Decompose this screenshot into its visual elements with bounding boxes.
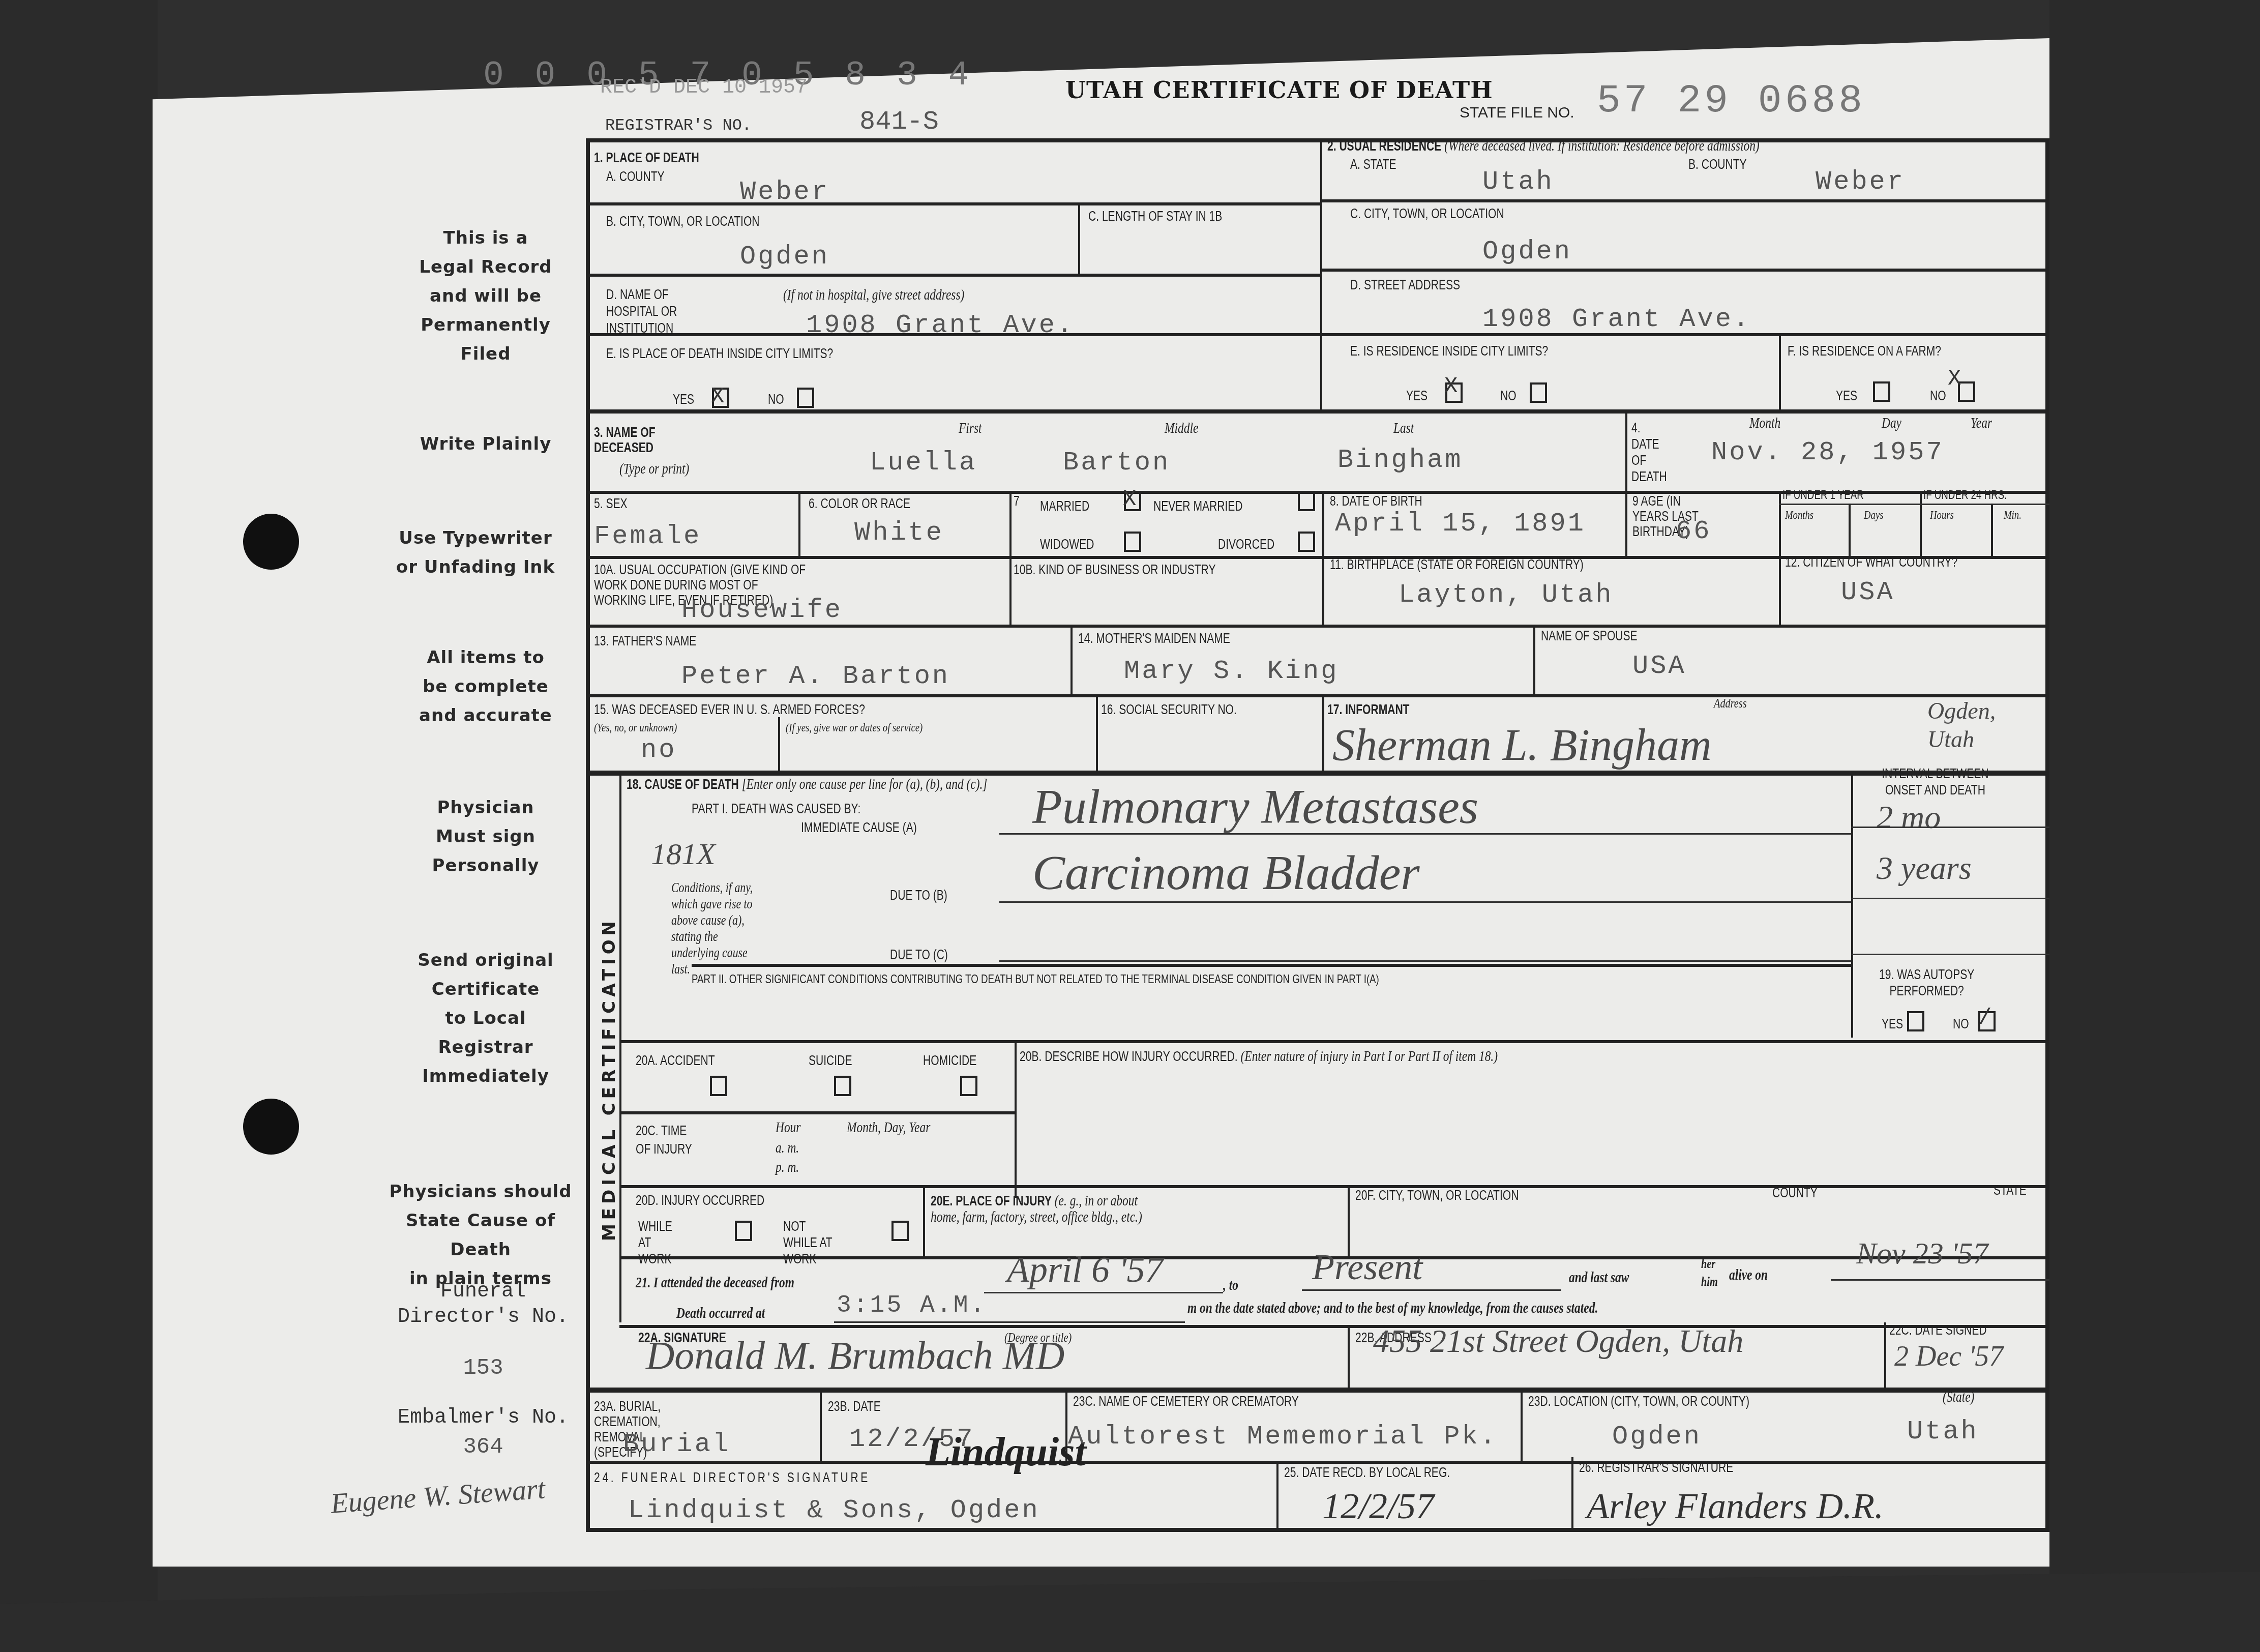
dob-value: April 15, 1891 (1335, 509, 1586, 539)
divider (619, 1040, 2049, 1043)
part1-label: PART I. DEATH WAS CAUSED BY: (692, 801, 860, 817)
attended-to-line (1302, 1289, 1561, 1291)
background-right (2049, 0, 2260, 1652)
location-value: Ogden (1612, 1422, 1702, 1452)
immediate-cause-value: Pulmonary Metastases (1032, 778, 1478, 835)
punch-hole-top (243, 514, 299, 570)
res-yes-label: YES (1406, 388, 1428, 404)
divider (1320, 269, 2049, 272)
hospital-label: d. NAME OF HOSPITAL OR INSTITUTION (606, 286, 677, 337)
embalmers-no: 364 (371, 1434, 595, 1460)
divider (1779, 504, 2049, 505)
father-label: 13. FATHER'S NAME (594, 633, 696, 649)
never-married-label: NEVER MARRIED (1153, 498, 1243, 514)
divider (1571, 1457, 1573, 1531)
divider (619, 1185, 2049, 1188)
res-farm-label: f. IS RESIDENCE ON A FARM? (1788, 343, 1941, 359)
location-state-label: (State) (1943, 1389, 1974, 1406)
him-label: him (1701, 1274, 1718, 1289)
ssn-label: 16. SOCIAL SECURITY NO. (1101, 702, 1237, 718)
divider (820, 1391, 822, 1462)
last-saw-label: and last saw (1569, 1269, 1629, 1286)
divider (586, 202, 1322, 205)
check-mark-icon: X (1123, 489, 1136, 510)
to-label: , to (1223, 1277, 1238, 1294)
mother-label: 14. MOTHER'S MAIDEN NAME (1078, 631, 1230, 646)
cause-b-line (999, 901, 1851, 903)
informant-signature: Sherman L. Bingham (1332, 720, 1712, 771)
divider (1920, 491, 1922, 557)
marital-number: 7 (1014, 493, 1020, 509)
autopsy-yes-checkbox[interactable] (1907, 1011, 1924, 1031)
divider (619, 1111, 1016, 1114)
attended-from-line (984, 1292, 1223, 1293)
hours-label: Hours (1930, 509, 1954, 522)
divider (586, 694, 2049, 697)
interval-b-value: 3 years (1877, 849, 1972, 887)
divider (586, 409, 2049, 414)
last-name-value: Bingham (1337, 445, 1463, 475)
death-time-line (834, 1321, 1185, 1323)
armed-forces-label: 15. WAS DECEASED EVER IN U. S. ARMED FOR… (594, 702, 865, 718)
attended-label: 21. I attended the deceased from (636, 1274, 794, 1291)
divider (1348, 1325, 1350, 1389)
funeral-director-label: 24. FUNERAL DIRECTOR'S SIGNATURE (594, 1470, 870, 1486)
year-label: Year (1971, 415, 1992, 432)
accident-checkbox[interactable] (710, 1076, 727, 1096)
race-label: 6. COLOR OR RACE (809, 496, 910, 512)
autopsy-no-label: NO (1953, 1016, 1969, 1032)
residence-heading: 2. USUAL RESIDENCE (Where deceased lived… (1327, 137, 1760, 155)
under-24-label: IF UNDER 24 HRS. (1923, 488, 2007, 503)
death-statement: m on the date stated above; and to the b… (1187, 1300, 1598, 1317)
due-to-b-label: DUE TO (b) (890, 888, 947, 903)
pod-city-label: b. CITY, TOWN, OR LOCATION (606, 214, 760, 229)
check-mark-icon: X (1444, 376, 1458, 397)
last-saw-value: Nov 23 '57 (1856, 1236, 1988, 1271)
injury-state-label: STATE (1994, 1183, 2027, 1198)
cemetery-label: 23c. NAME OF CEMETERY OR CREMATORY (1073, 1394, 1299, 1409)
location-state-value: Utah (1907, 1417, 1979, 1447)
cause-c-line (999, 960, 1851, 962)
accident-label: 20a. ACCIDENT (636, 1053, 715, 1069)
divider (1851, 773, 1853, 1038)
due-to-c-label: DUE TO (c) (890, 947, 948, 963)
divider (1779, 333, 1781, 409)
res-inside-city-label: e. IS RESIDENCE INSIDE CITY LIMITS? (1350, 343, 1548, 359)
divider (619, 1325, 2049, 1328)
suicide-checkbox[interactable] (834, 1076, 851, 1096)
business-label: 10b. KIND OF BUSINESS OR INDUSTRY (1014, 562, 1216, 578)
middle-name-label: Middle (1165, 420, 1198, 437)
her-label: her (1701, 1256, 1715, 1272)
divider (586, 1388, 2049, 1393)
page-title: UTAH CERTIFICATE OF DEATH (1065, 76, 1493, 104)
divider (586, 333, 2049, 336)
res-no-label: NO (1500, 388, 1516, 404)
divider (586, 274, 1322, 277)
divider (1276, 1461, 1278, 1532)
registrar-sig-label: 26. REGISTRAR'S SIGNATURE (1579, 1460, 1733, 1476)
homicide-label: HOMICIDE (923, 1053, 976, 1069)
divider (1320, 199, 2049, 202)
citizen-value: USA (1841, 577, 1895, 607)
res-state-value: Utah (1482, 167, 1554, 197)
divider (619, 773, 621, 1322)
interval-a-value: 2 mo (1877, 799, 1941, 836)
age-value: 66 (1676, 516, 1711, 546)
immediate-cause-label: IMMEDIATE CAUSE (a) (801, 820, 917, 836)
married-label: MARRIED (1040, 498, 1089, 514)
spouse-label: NAME OF SPOUSE (1541, 628, 1638, 644)
place-of-injury-label: 20e. PLACE OF INJURY (e. g., in or about… (931, 1193, 1153, 1225)
death-occurred-label: Death occurred at (676, 1305, 765, 1322)
res-state-label: a. STATE (1350, 157, 1396, 172)
conditions-note: Conditions, if any, which gave rise to a… (671, 880, 759, 978)
check-mark-icon: X (711, 387, 724, 407)
burial-date-label: 23b. DATE (828, 1399, 881, 1414)
divider (798, 491, 800, 557)
days-label: Days (1864, 509, 1883, 522)
background-left (0, 0, 158, 1652)
res-city-label: c. CITY, TOWN, OR LOCATION (1350, 206, 1504, 222)
divider (1884, 1322, 1886, 1389)
punch-hole-bottom (243, 1099, 299, 1155)
injury-county-label: COUNTY (1772, 1185, 1818, 1201)
cemetery-value: Aultorest Mememorial Pk. (1068, 1422, 1498, 1452)
pod-county-value: Weber (740, 177, 829, 207)
informant-address-label: Address (1714, 696, 1747, 711)
never-married-checkbox[interactable] (1298, 491, 1315, 511)
sex-value: Female (594, 521, 701, 551)
father-value: Peter A. Barton (681, 661, 950, 691)
pod-inside-city-label: e. IS PLACE OF DEATH INSIDE CITY LIMITS? (606, 346, 833, 362)
divorced-label: DIVORCED (1218, 537, 1274, 552)
res-county-label: b. COUNTY (1688, 157, 1747, 172)
not-while-at-work-label: NOT WHILE AT WORK (783, 1218, 839, 1267)
attended-from-value: April 6 '57 (1007, 1249, 1163, 1291)
dob-label: 8. DATE OF BIRTH (1330, 493, 1422, 509)
hospital-note: (If not in hospital, give street address… (783, 286, 964, 304)
alive-on-label: alive on (1729, 1266, 1768, 1284)
location-label: 23d. LOCATION (City, town, or county) (1528, 1394, 1749, 1409)
day-label: Day (1882, 415, 1901, 432)
divider (586, 1461, 2049, 1464)
res-inside-city-no-checkbox[interactable] (1530, 382, 1547, 403)
time-of-injury-label: 20c. TIME OF INJURY (636, 1122, 695, 1158)
burial-value: Burial (623, 1429, 730, 1459)
sidebar-note-legal-record: This is a Legal Record and will be Perma… (402, 224, 570, 369)
sidebar-note-plain-terms: Physicians should State Cause of Death i… (386, 1177, 575, 1293)
suicide-label: SUICIDE (809, 1053, 852, 1069)
spouse-value: USA (1632, 651, 1686, 681)
not-while-at-work-checkbox[interactable] (891, 1221, 909, 1241)
am-label: a. m. (776, 1139, 799, 1157)
hour-label: Hour (776, 1119, 800, 1136)
divider (1015, 1040, 1017, 1198)
received-stamp: REC'D DEC 10 1957 (600, 76, 808, 99)
informant-address-value: Ogden, Utah (1927, 697, 2029, 754)
divider (1533, 625, 1535, 696)
divider (1849, 504, 1851, 557)
sidebar-note-write-plainly: Write Plainly (402, 430, 570, 459)
last-name-label: Last (1393, 420, 1414, 437)
length-of-stay-label: c. LENGTH OF STAY IN 1b (1088, 209, 1222, 224)
armed-forces-value: no (641, 735, 676, 765)
pod-county-label: a. COUNTY (606, 169, 665, 185)
res-street-value: 1908 Grant Ave. (1482, 304, 1751, 334)
state-file-no-label: STATE FILE NO. (1460, 104, 1574, 122)
informant-label: 17. INFORMANT (1327, 702, 1409, 718)
injury-desc-label: 20b. DESCRIBE HOW INJURY OCCURRED. (Ente… (1020, 1048, 1498, 1065)
divider (1322, 694, 1324, 773)
birthplace-label: 11. BIRTHPLACE (State or foreign country… (1330, 557, 1584, 573)
month-label: Month (1749, 415, 1780, 432)
divider (1521, 1389, 1523, 1462)
death-time-value: 3:15 A.M. (837, 1292, 987, 1319)
occupation-value: Housewife (681, 595, 843, 625)
sidebar-note-send-original: Send original Certificate to Local Regis… (402, 946, 570, 1091)
divider (586, 771, 2049, 776)
res-street-label: d. STREET ADDRESS (1350, 277, 1460, 293)
autopsy-yes-label: YES (1882, 1016, 1903, 1032)
funeral-director-no-label: Funeral Director's No. (371, 1279, 595, 1330)
widowed-label: WIDOWED (1040, 537, 1094, 552)
mother-value: Mary S. King (1124, 656, 1339, 686)
divider (778, 717, 780, 773)
birthplace-value: Layton, Utah (1399, 580, 1613, 610)
while-at-work-label: WHILE AT WORK (638, 1218, 682, 1267)
date-signed-label: 22c. DATE SIGNED (1889, 1322, 1987, 1338)
name-note: (Type or print) (619, 460, 689, 478)
divider (1625, 409, 1627, 493)
registrars-no: 841-S (859, 107, 939, 137)
divider (923, 1185, 925, 1259)
funeral-director-no: 153 (371, 1355, 595, 1381)
res-county-value: Weber (1816, 167, 1905, 197)
months-label: Months (1785, 509, 1813, 522)
divider (692, 964, 1851, 967)
first-name-value: Luella (870, 448, 977, 478)
check-mark-icon: X (1948, 369, 1961, 389)
divider (1070, 625, 1073, 696)
hospital-value: 1908 Grant Ave. (806, 310, 1075, 340)
registrars-no-label: REGISTRAR'S NO. (605, 116, 752, 135)
medical-certification-label: MEDICAL CERTIFICATION (599, 917, 619, 1241)
while-at-work-checkbox[interactable] (735, 1221, 752, 1241)
injury-occurred-label: 20d. INJURY OCCURRED (636, 1193, 764, 1208)
physician-signature: Donald M. Brumbach MD (646, 1333, 1064, 1378)
divider (1625, 491, 1627, 557)
sidebar-note-physician-sign: Physician Must sign Personally (402, 793, 570, 880)
first-name-label: First (959, 420, 982, 437)
divider (1991, 504, 1993, 557)
funeral-director-value: Lindquist & Sons, Ogden (628, 1495, 1040, 1525)
embalmers-no-label: Embalmer's No. (371, 1406, 595, 1429)
registrar-signature: Arley Flanders D.R. (1587, 1485, 1884, 1527)
sex-label: 5. SEX (594, 496, 628, 512)
pod-city-value: Ogden (740, 242, 829, 272)
funeral-director-signature: Lindquist (926, 1429, 1086, 1476)
pod-yes-label: YES (673, 392, 694, 407)
middle-name-value: Barton (1063, 448, 1170, 478)
check-mark-icon: / (1978, 1008, 1991, 1028)
divorced-checkbox[interactable] (1298, 532, 1315, 552)
farm-no-label: NO (1930, 388, 1946, 404)
date-of-death-label: 4. DATE OF DEATH (1631, 420, 1667, 485)
pod-no-label: NO (768, 392, 784, 407)
date-recd-label: 25. DATE RECD. BY LOCAL REG. (1284, 1465, 1450, 1481)
pm-label: p. m. (776, 1159, 799, 1176)
cause-b-value: Carcinoma Bladder (1032, 844, 1420, 901)
sidebar-note-complete: All items to be complete and accurate (402, 643, 570, 730)
physician-address-value: 455 21st Street Ogden, Utah (1373, 1322, 1743, 1360)
divider (1096, 694, 1098, 773)
date-of-death-value: Nov. 28, 1957 (1711, 437, 1944, 467)
min-label: Min. (2004, 509, 2021, 522)
divider (1851, 827, 2049, 828)
autopsy-label: 19. WAS AUTOPSY PERFORMED? (1861, 966, 1992, 999)
interval-label: INTERVAL BETWEEN ONSET AND DEATH (1864, 765, 2007, 798)
place-of-death-heading: 1. PLACE OF DEATH (594, 150, 699, 166)
name-of-deceased-label: 3. NAME OF DECEASED (594, 425, 662, 455)
date-recd-value: 12/2/57 (1322, 1485, 1434, 1527)
attended-to-value: Present (1312, 1246, 1422, 1288)
divider (1851, 954, 2049, 955)
cause-heading: 18. CAUSE OF DEATH [Enter only one cause… (627, 776, 987, 793)
citizen-label: 12. CITIZEN OF WHAT COUNTRY? (1785, 554, 1957, 570)
divider (1851, 898, 2049, 899)
state-file-no: 57 29 0688 (1597, 79, 1865, 124)
pod-inside-city-no-checkbox[interactable] (797, 388, 814, 408)
part2-label: PART II. OTHER SIGNIFICANT CONDITIONS CO… (692, 972, 1379, 987)
res-city-value: Ogden (1482, 237, 1572, 267)
widowed-checkbox[interactable] (1124, 532, 1141, 552)
divider (1078, 202, 1080, 275)
homicide-checkbox[interactable] (960, 1076, 977, 1096)
last-saw-line (1831, 1279, 2049, 1281)
margin-code: 181X (651, 837, 716, 872)
farm-yes-label: YES (1836, 388, 1857, 404)
armed-forces-sub2: (If yes, give war or dates of service) (786, 721, 923, 735)
res-farm-yes-checkbox[interactable] (1873, 381, 1890, 402)
date-signed-value: 2 Dec '57 (1894, 1340, 2003, 1373)
under-1-year-label: IF UNDER 1 YEAR (1782, 488, 1864, 503)
injury-city-label: 20f. CITY, TOWN, OR LOCATION (1355, 1188, 1519, 1203)
armed-forces-sub1: (Yes, no, or unknown) (594, 721, 677, 735)
background-bottom (0, 1572, 2260, 1652)
race-value: White (854, 518, 944, 548)
sidebar-note-typewriter: Use Typewriter or Unfading Ink (392, 524, 559, 582)
mdy-label: Month, Day, Year (847, 1119, 930, 1136)
